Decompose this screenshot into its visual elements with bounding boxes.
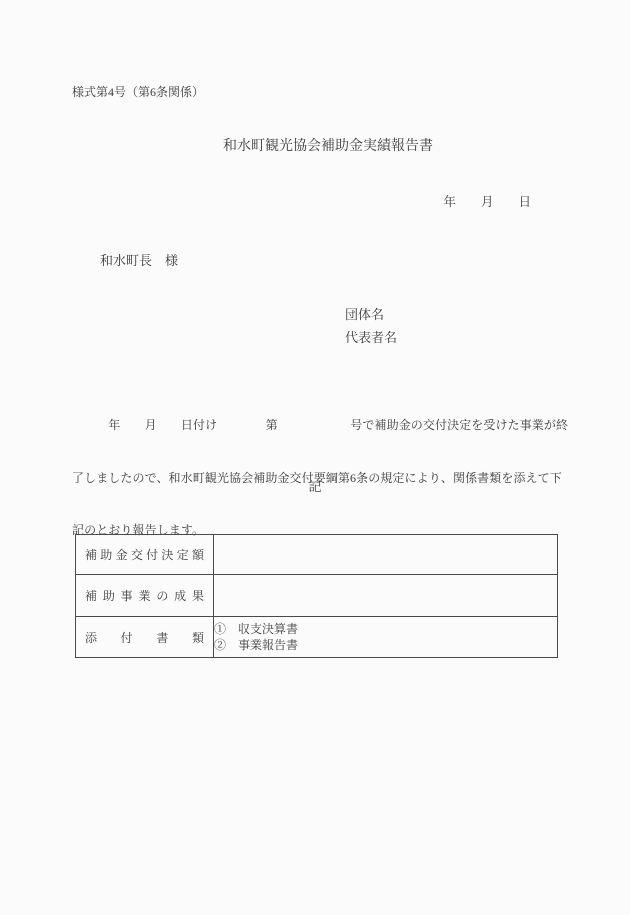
body-line-1: 年 月 日付け 第 号で補助金の交付決定を受けた事業が終 — [72, 414, 564, 437]
attachment-item-2: ② 事業報告書 — [214, 637, 557, 653]
report-summary-table: 補助金交付決定額 補助事業の成果 添付書類 ① 収支決算書 ② 事業報告書 — [75, 534, 558, 658]
table-row-attachments: 添付書類 ① 収支決算書 ② 事業報告書 — [76, 617, 558, 658]
document-page: 様式第4号（第6条関係） 和水町観光協会補助金実績報告書 年 月 日 和水町長 … — [0, 0, 630, 915]
row-label-project-results: 補助事業の成果 — [76, 575, 214, 617]
row-label-grant-amount: 補助金交付決定額 — [76, 535, 214, 575]
row-label-text: 添付書類 — [85, 629, 204, 646]
date-line: 年 月 日 — [443, 195, 531, 209]
representative-name-label: 代表者名 — [345, 330, 397, 345]
row-label-attachments: 添付書類 — [76, 617, 214, 658]
organization-name-label: 団体名 — [345, 307, 384, 322]
document-title: 和水町観光協会補助金実績報告書 — [223, 139, 433, 155]
row-label-text: 補助事業の成果 — [85, 587, 204, 604]
table-row-grant-amount: 補助金交付決定額 — [76, 535, 558, 575]
row-label-text: 補助金交付決定額 — [85, 546, 204, 563]
recipient-line: 和水町長 様 — [100, 253, 178, 268]
table-row-project-results: 補助事業の成果 — [76, 575, 558, 617]
attachment-item-1: ① 収支決算書 — [214, 621, 557, 637]
form-number: 様式第4号（第6条関係） — [72, 85, 204, 99]
row-value-grant-amount — [214, 535, 558, 575]
row-value-project-results — [214, 575, 558, 617]
section-marker-ki: 記 — [0, 479, 630, 494]
row-value-attachments: ① 収支決算書 ② 事業報告書 — [214, 617, 558, 658]
